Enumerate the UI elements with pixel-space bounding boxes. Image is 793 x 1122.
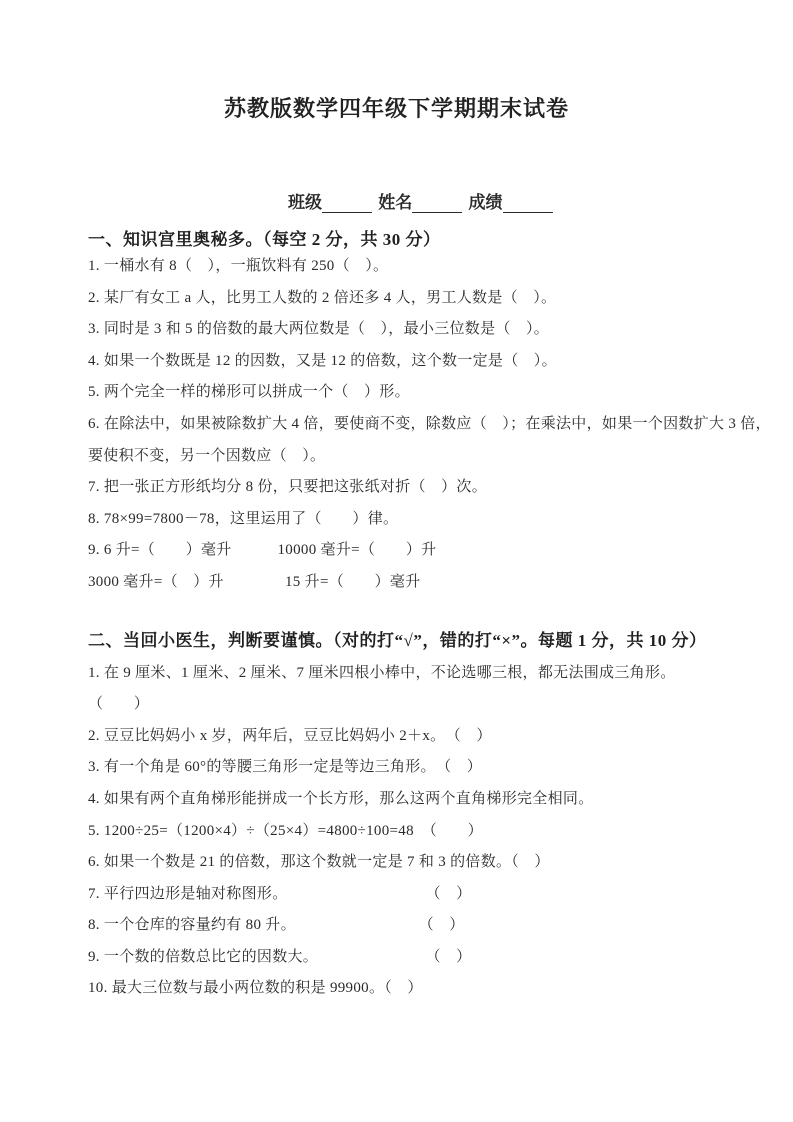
- question-line: 5. 两个完全一样的梯形可以拼成一个（ ）形。: [88, 377, 753, 409]
- student-field-blank: [322, 195, 372, 213]
- question-line: 8. 78×99=7800－78，这里运用了（ ）律。: [88, 504, 753, 536]
- question-line: 6. 如果一个数是 21 的倍数，那这个数就一定是 7 和 3 的倍数。（ ）: [88, 847, 753, 879]
- section-fill-in-blanks: 一、知识宫里奥秘多。（每空 2 分，共 30 分） 1. 一桶水有 8（ ），一…: [0, 229, 793, 599]
- student-field-label: 成绩: [469, 193, 503, 213]
- question-line: 1. 一桶水有 8（ ），一瓶饮料有 250（ ）。: [88, 251, 753, 283]
- exam-paper-page: 苏教版数学四年级下学期期末试卷 班级 姓名 成绩 一、知识宫里奥秘多。（每空 2…: [0, 0, 793, 1122]
- question-line: 1. 在 9 厘米、1 厘米、2 厘米、7 厘米四根小棒中，不论选哪三根，都无法…: [88, 658, 753, 690]
- question-line: 4. 如果有两个直角梯形能拼成一个长方形，那么这两个直角梯形完全相同。: [88, 784, 753, 816]
- section-1-questions: 1. 一桶水有 8（ ），一瓶饮料有 250（ ）。 2. 某厂有女工 a 人，…: [88, 251, 753, 599]
- question-line: 7. 把一张正方形纸均分 8 份，只要把这张纸对折（ ）次。: [88, 472, 753, 504]
- question-line: 9. 一个数的倍数总比它的因数大。 （ ）: [88, 942, 753, 974]
- question-line: 5. 1200÷25=（1200×4）÷（25×4）=4800÷100=48 （…: [88, 816, 753, 848]
- question-line: 2. 豆豆比妈妈小 x 岁，两年后，豆豆比妈妈小 2＋x。 （ ）: [88, 721, 753, 753]
- student-field: 姓名: [378, 193, 464, 213]
- question-line: 2. 某厂有女工 a 人，比男工人数的 2 倍还多 4 人，男工人数是（ ）。: [88, 283, 753, 315]
- student-field-blank: [503, 195, 553, 213]
- section-true-false: 二、当回小医生，判断要谨慎。（对的打“√”，错的打“×”。每题 1 分，共 10…: [0, 630, 793, 1006]
- question-line: 要使积不变，另一个因数应（ ）。: [88, 441, 753, 473]
- student-field: 班级: [288, 193, 374, 213]
- question-line: （ ）: [88, 689, 753, 721]
- student-info-line: 班级 姓名 成绩: [288, 193, 793, 213]
- student-field-label: 班级: [288, 193, 322, 213]
- question-line: 6. 在除法中，如果被除数扩大 4 倍，要使商不变，除数应（ ）；在乘法中，如果…: [88, 409, 753, 441]
- question-line: 10. 最大三位数与最小两位数的积是 99900。（ ）: [88, 973, 753, 1005]
- question-line: 9. 6 升=（ ）毫升 10000 毫升=（ ）升: [88, 535, 753, 567]
- question-line: 3. 同时是 3 和 5 的倍数的最大两位数是（ ），最小三位数是（ ）。: [88, 314, 753, 346]
- section-1-heading: 一、知识宫里奥秘多。（每空 2 分，共 30 分）: [88, 229, 793, 251]
- question-line: 3. 有一个角是 60°的等腰三角形一定是等边三角形。 （ ）: [88, 752, 753, 784]
- question-line: 7. 平行四边形是轴对称图形。 （ ）: [88, 879, 753, 911]
- student-field-blank: [412, 195, 462, 213]
- student-field-label: 姓名: [378, 193, 412, 213]
- section-2-questions: 1. 在 9 厘米、1 厘米、2 厘米、7 厘米四根小棒中，不论选哪三根，都无法…: [88, 658, 753, 1006]
- question-line: 3000 毫升=（ ）升 15 升=（ ）毫升: [88, 567, 753, 599]
- section-2-heading: 二、当回小医生，判断要谨慎。（对的打“√”，错的打“×”。每题 1 分，共 10…: [88, 630, 793, 652]
- question-line: 8. 一个仓库的容量约有 80 升。 （ ）: [88, 910, 753, 942]
- student-field: 成绩: [469, 193, 555, 213]
- page-title: 苏教版数学四年级下学期期末试卷: [0, 0, 793, 124]
- question-line: 4. 如果一个数既是 12 的因数，又是 12 的倍数，这个数一定是（ ）。: [88, 346, 753, 378]
